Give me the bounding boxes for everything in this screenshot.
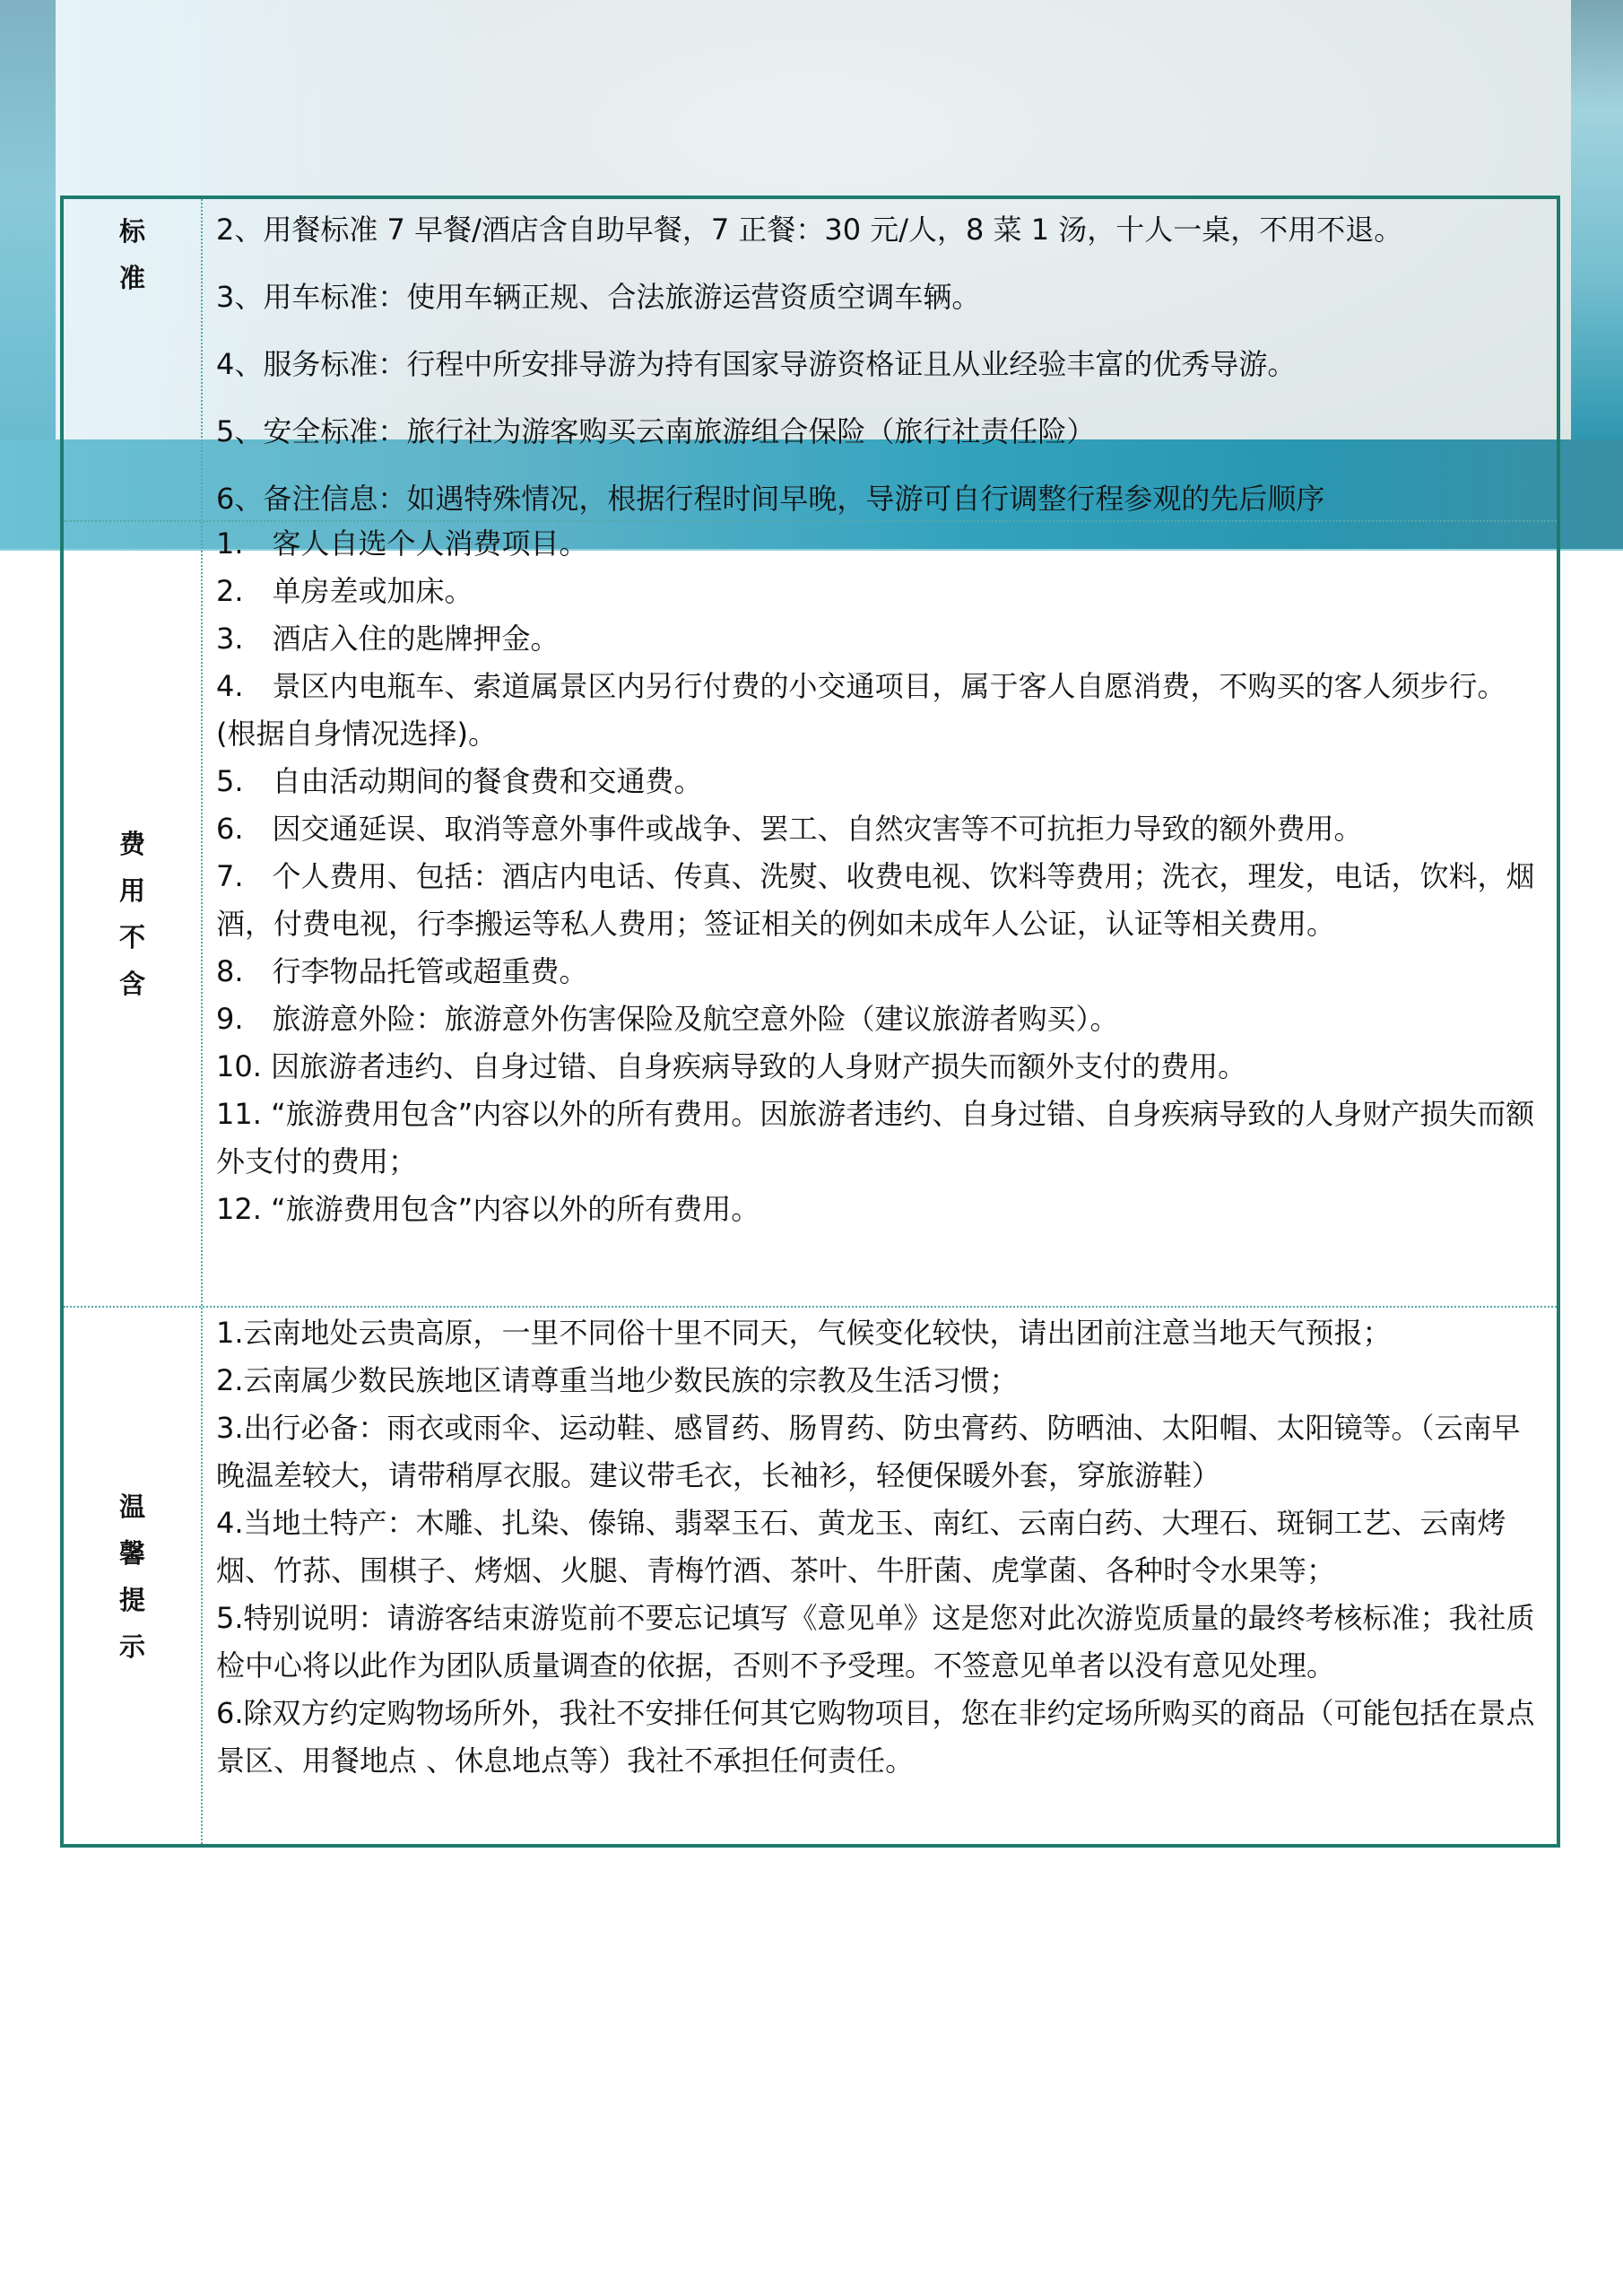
list-item: 3、用车标准：使用车辆正规、合法旅游运营资质空调车辆。 [216, 275, 1544, 343]
label-char: 提 [119, 1577, 145, 1623]
label-char: 示 [119, 1623, 145, 1670]
list-item: 2.云南属少数民族地区请尊重当地少数民族的宗教及生活习惯； [216, 1357, 1544, 1405]
list-item: 12. “旅游费用包含”内容以外的所有费用。 [216, 1186, 1544, 1233]
list-item: 4、服务标准：行程中所安排导游为持有国家导游资格证且从业经验丰富的优秀导游。 [216, 343, 1544, 410]
list-item: 7. 个人费用、包括：酒店内电话、传真、洗熨、收费电视、饮料等费用；洗衣，理发，… [216, 853, 1544, 948]
list-item: 8. 行李物品托管或超重费。 [216, 948, 1544, 996]
label-char: 温 [119, 1483, 145, 1530]
section-content-exclusions: 1. 客人自选个人消费项目。 2. 单房差或加床。 3. 酒店入住的匙牌押金。 … [216, 520, 1544, 1233]
section-content-tips: 1.云南地处云贵高原，一里不同俗十里不同天，气候变化较快，请出团前注意当地天气预… [216, 1309, 1544, 1785]
section-label-standards: 标 准 [64, 208, 201, 301]
section-content-standards: 2、用餐标准 7 早餐/酒店含自助早餐，7 正餐：30 元/人，8 菜 1 汤，… [216, 208, 1544, 544]
list-item: 5. 自由活动期间的餐食费和交通费。 [216, 758, 1544, 805]
list-item: 6.除双方约定购物场所外，我社不安排任何其它购物项目，您在非约定场所购买的商品（… [216, 1690, 1544, 1785]
section-label-tips: 温 馨 提 示 [64, 1308, 201, 1846]
list-item: 11. “旅游费用包含”内容以外的所有费用。因旅游者违约、自身过错、自身疾病导致… [216, 1091, 1544, 1186]
section-label-exclusions: 费 用 不 含 [64, 522, 201, 1306]
list-item: 2、用餐标准 7 早餐/酒店含自助早餐，7 正餐：30 元/人，8 菜 1 汤，… [216, 208, 1544, 275]
list-item: 9. 旅游意外险：旅游意外伤害保险及航空意外险（建议旅游者购买）。 [216, 996, 1544, 1043]
label-char: 准 [119, 255, 145, 301]
list-item: 1.云南地处云贵高原，一里不同俗十里不同天，气候变化较快，请出团前注意当地天气预… [216, 1309, 1544, 1357]
list-item: 5.特别说明：请游客结束游览前不要忘记填写《意见单》这是您对此次游览质量的最终考… [216, 1595, 1544, 1690]
list-item: 10. 因旅游者违约、自身过错、自身疾病导致的人身财产损失而额外支付的费用。 [216, 1043, 1544, 1091]
section-exclusions: 费 用 不 含 1. 客人自选个人消费项目。 2. 单房差或加床。 3. 酒店入… [64, 522, 1557, 1306]
list-item: 4. 景区内电瓶车、索道属景区内另行付费的小交通项目，属于客人自愿消费，不购买的… [216, 663, 1544, 758]
section-standards: 标 准 2、用餐标准 7 早餐/酒店含自助早餐，7 正餐：30 元/人，8 菜 … [64, 199, 1557, 520]
list-item: 3. 酒店入住的匙牌押金。 [216, 615, 1544, 663]
label-char: 费 [119, 821, 145, 867]
list-item: 1. 客人自选个人消费项目。 [216, 520, 1544, 568]
label-char: 不 [119, 914, 145, 961]
list-item: 6. 因交通延误、取消等意外事件或战争、罢工、自然灾害等不可抗拒力导致的额外费用… [216, 805, 1544, 853]
list-item: 5、安全标准：旅行社为游客购买云南旅游组合保险（旅行社责任险） [216, 410, 1544, 477]
list-item: 2. 单房差或加床。 [216, 568, 1544, 615]
label-char: 标 [119, 208, 145, 255]
list-item: 3.出行必备：雨衣或雨伞、运动鞋、感冒药、肠胃药、防虫膏药、防晒油、太阳帽、太阳… [216, 1405, 1544, 1500]
section-tips: 温 馨 提 示 1.云南地处云贵高原，一里不同俗十里不同天，气候变化较快，请出团… [64, 1308, 1557, 1846]
label-char: 用 [119, 867, 145, 914]
label-char: 含 [119, 961, 145, 1007]
label-char: 馨 [119, 1530, 145, 1577]
itinerary-info-table: 标 准 2、用餐标准 7 早餐/酒店含自助早餐，7 正餐：30 元/人，8 菜 … [60, 196, 1560, 1848]
list-item: 4.当地土特产：木雕、扎染、傣锦、翡翠玉石、黄龙玉、南红、云南白药、大理石、斑铜… [216, 1500, 1544, 1595]
